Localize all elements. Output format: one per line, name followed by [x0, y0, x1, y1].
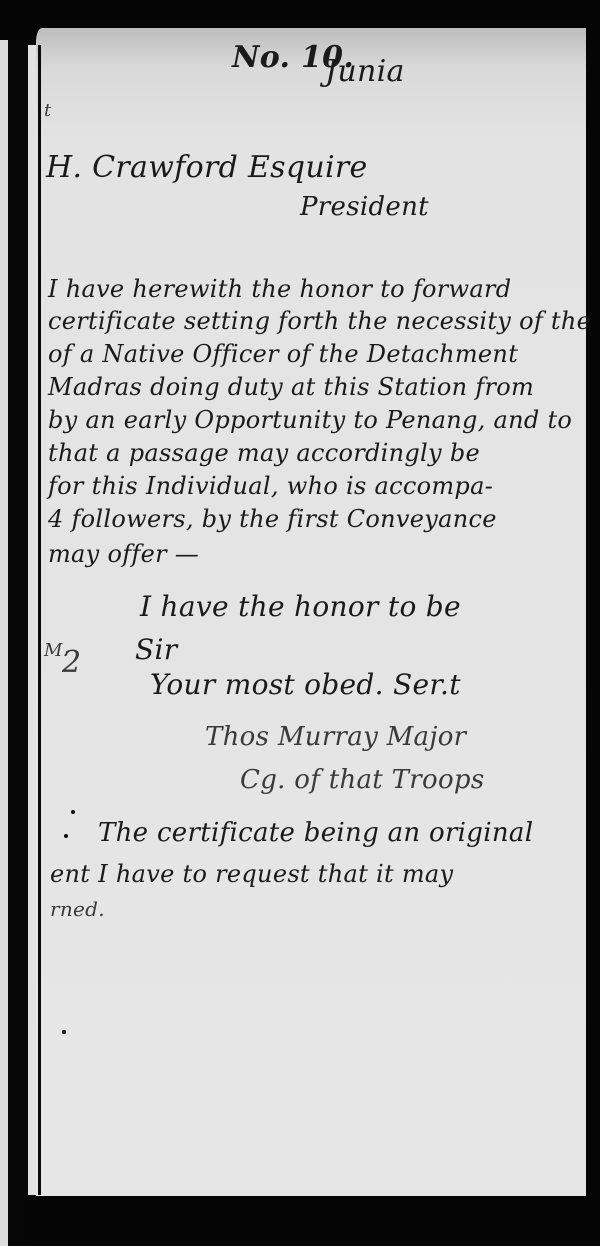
body-line: Madras doing duty at this Station from — [48, 373, 534, 401]
body-line: certificate setting forth the necessity … — [48, 307, 591, 335]
ink-dot — [71, 810, 75, 814]
signature-rank: Cg. of that Troops — [240, 765, 484, 795]
scan-border-bar — [8, 40, 28, 1246]
addressee-title: President — [300, 192, 429, 222]
body-line: of a Native Officer of the Detachment — [48, 340, 518, 368]
margin-mark-top: t — [44, 100, 52, 121]
body-line: I have herewith the honor to forward — [48, 275, 511, 303]
postscript-line: The certificate being an original — [98, 818, 533, 848]
closing-line: I have the honor to be — [140, 590, 461, 623]
closing-salutation: Sir — [135, 633, 177, 666]
body-line: that a passage may accordingly be — [48, 439, 480, 467]
ink-dot — [64, 834, 68, 838]
margin-rule-line — [38, 45, 41, 1195]
addressee-name: H. Crawford Esquire — [46, 150, 368, 185]
signature-name: Thos Murray Major — [205, 722, 466, 752]
postscript-line: ent I have to request that it may — [50, 860, 453, 888]
body-line: 4 followers, by the first Conveyance — [48, 505, 497, 533]
adjacent-page-edge — [0, 40, 8, 1246]
brace-mark: 2 — [62, 645, 81, 680]
postscript-line: rned. — [50, 897, 105, 921]
ink-dot — [62, 1030, 66, 1034]
letter-place: Junia — [325, 54, 405, 89]
closing-subscription: Your most obed. Ser.t — [150, 668, 461, 701]
body-line: may offer — — [48, 540, 199, 568]
body-line: for this Individual, who is accompa- — [48, 472, 493, 500]
body-line: by an early Opportunity to Penang, and t… — [48, 406, 572, 434]
